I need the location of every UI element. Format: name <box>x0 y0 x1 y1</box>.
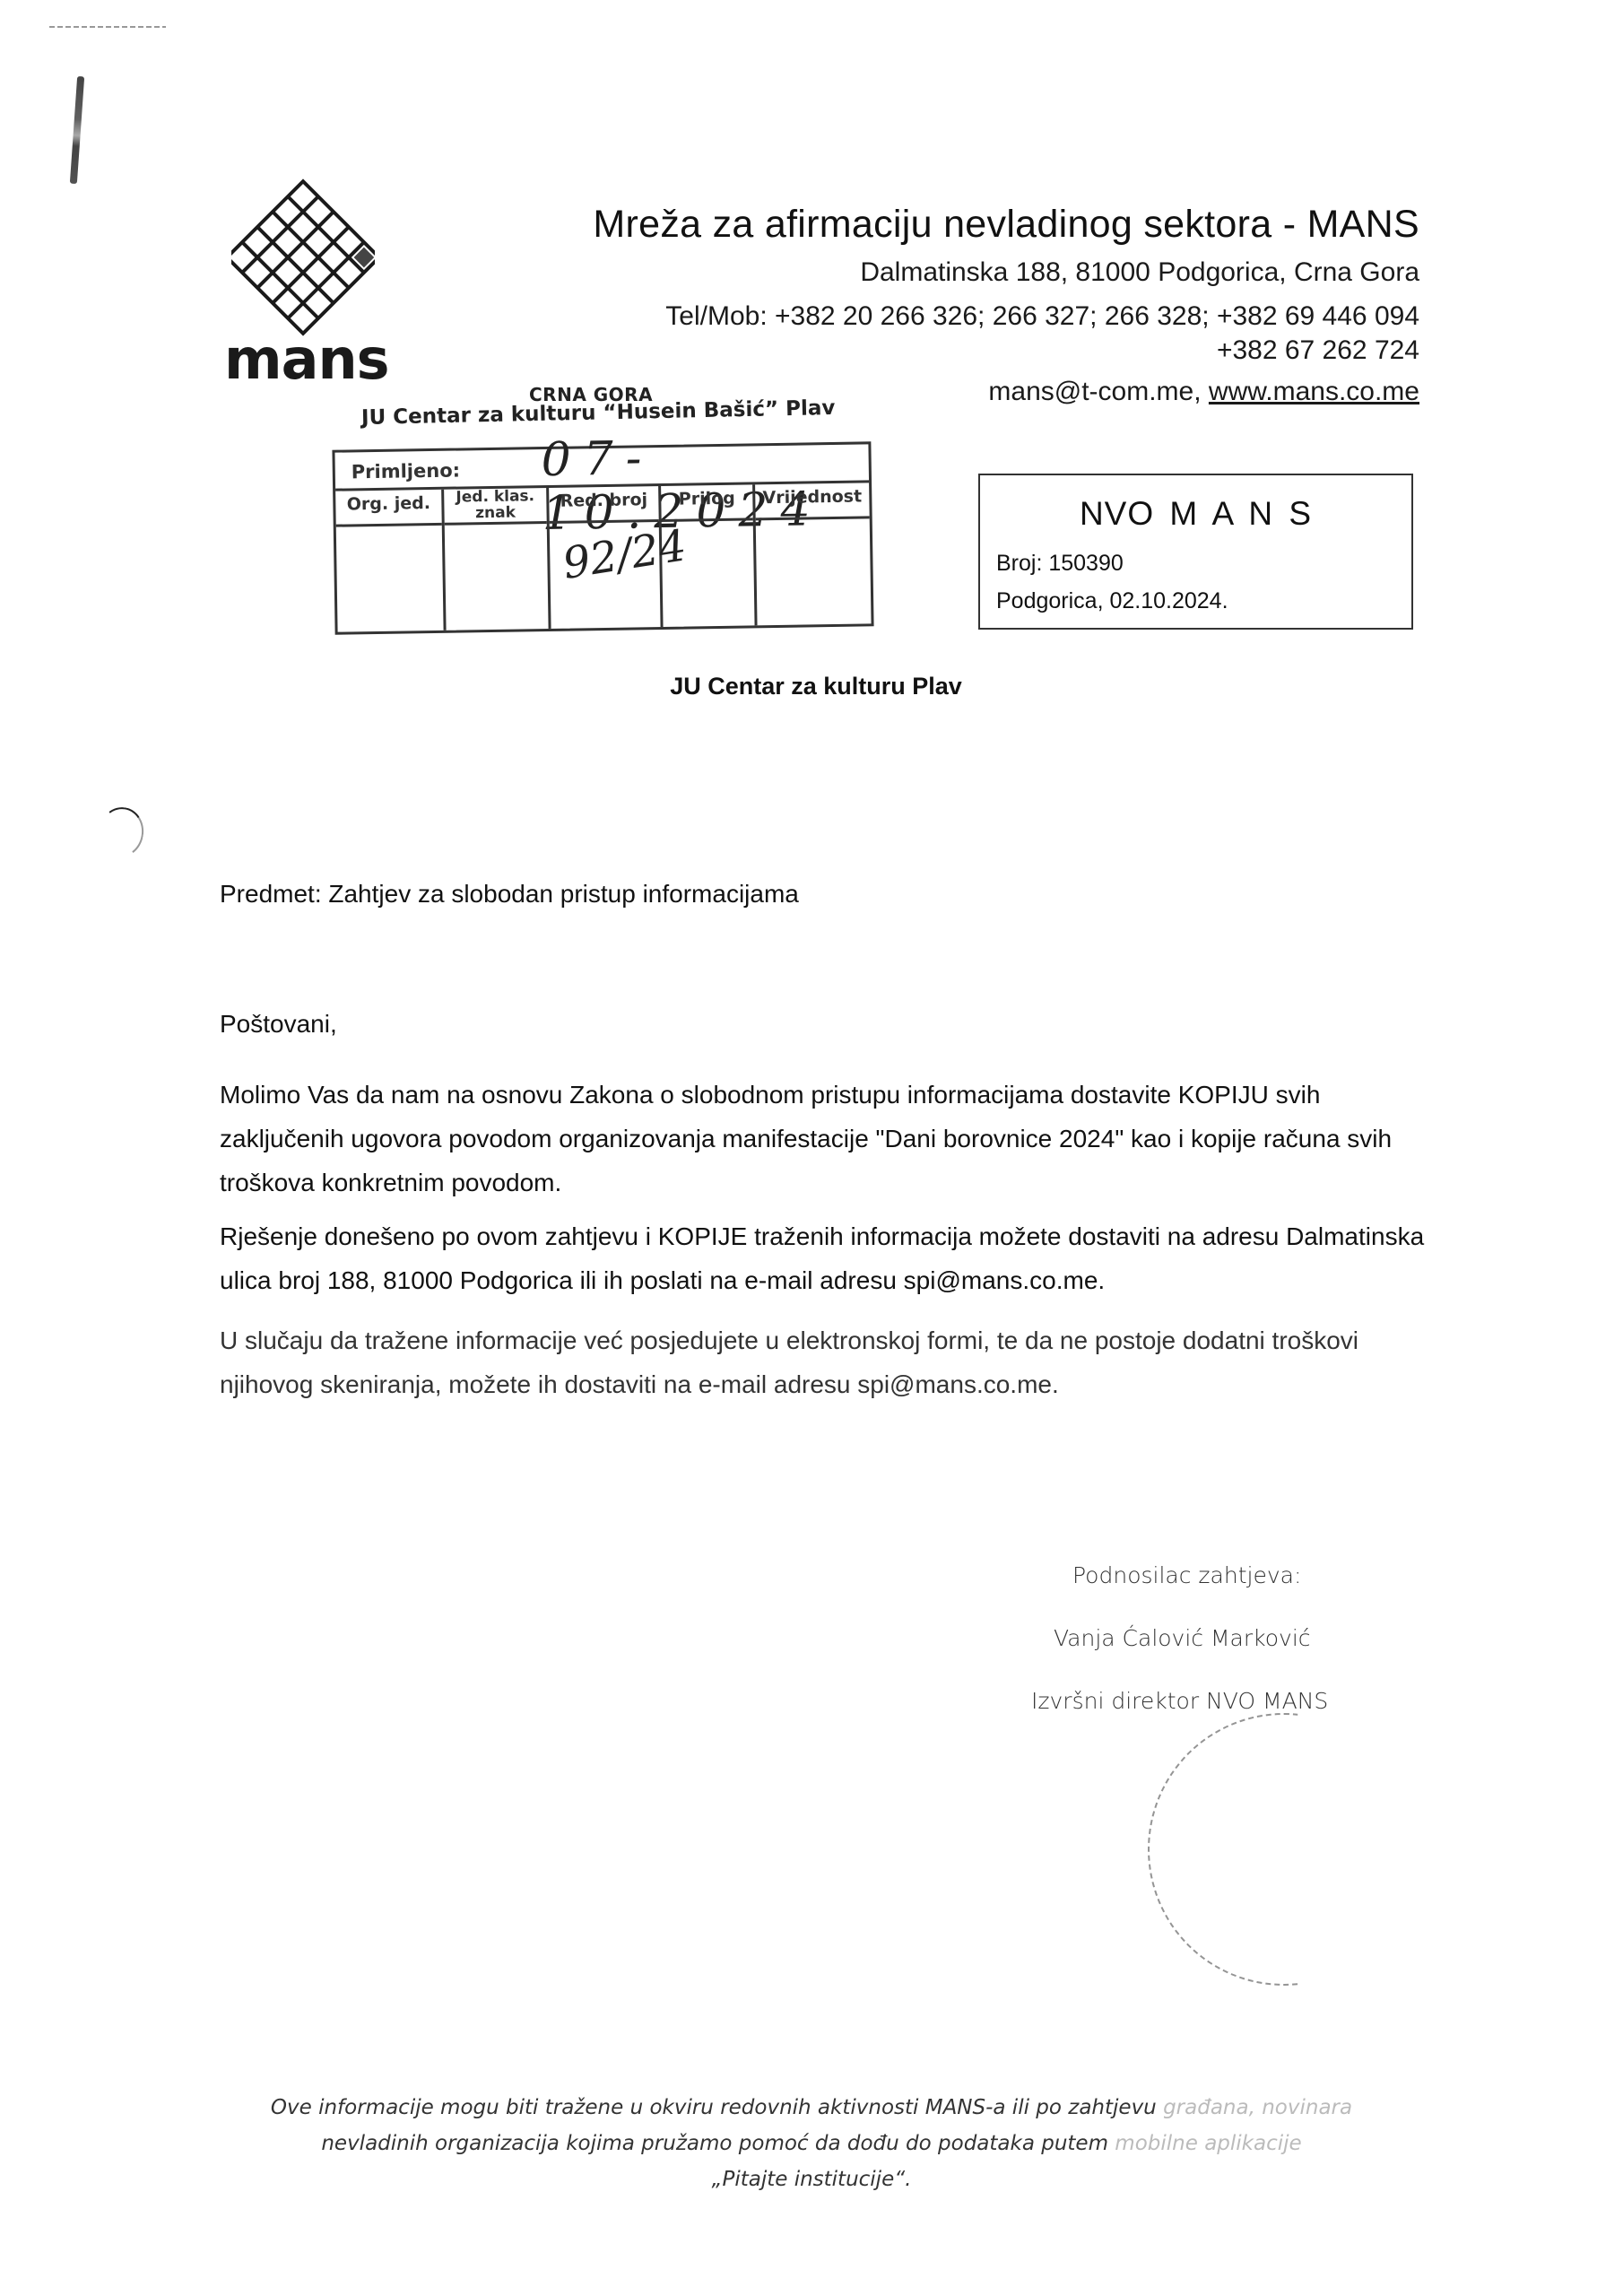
stamp-col-vrijednost: Vrijednost <box>755 483 871 625</box>
signature-name: Vanja Ćalović Marković <box>1054 1625 1311 1651</box>
mans-logo-icon <box>231 172 375 352</box>
recipient: JU Centar za kulturu Plav <box>0 673 1623 700</box>
received-stamp: Primljeno: 07-10.2024 Org. jed. Jed. kla… <box>332 441 873 634</box>
paragraph-electronic: U slučaju da tražene informacije već pos… <box>220 1318 1439 1406</box>
scan-artifact-mark <box>70 76 84 184</box>
stamp-col-red-broj: Red. broj 92/24 <box>549 486 663 629</box>
organization-address: Dalmatinska 188, 81000 Podgorica, Crna G… <box>860 257 1419 288</box>
organization-phones: Tel/Mob: +382 20 266 326; 266 327; 266 3… <box>665 301 1419 332</box>
organization-name: Mreža za afirmaciju nevladinog sektora -… <box>593 203 1419 247</box>
stamp-received-label: Primljeno: <box>352 459 461 483</box>
signature-title: Izvršni direktor NVO MANS <box>1031 1688 1328 1714</box>
scan-artifact-line <box>49 26 166 28</box>
logo-wordmark: mans <box>224 332 388 387</box>
reference-place-date: Podgorica, 02.10.2024. <box>996 588 1228 614</box>
greeting: Poštovani, <box>220 1002 1439 1046</box>
stamp-col-label: Org. jed. <box>335 490 442 527</box>
stamp-col-label: Vrijednost <box>755 483 870 520</box>
stamp-col-org-jed: Org. jed. <box>335 490 446 632</box>
footer-line-2-faded: mobilne aplikacije <box>1108 2132 1302 2155</box>
footer-note: Ove informacije mogu biti tražene u okvi… <box>179 2090 1444 2197</box>
punch-hole-mark <box>95 804 148 861</box>
stamp-cell <box>662 520 755 621</box>
stamp-col-label: Jed. klas. znak <box>444 488 547 526</box>
reference-number: Broj: 150390 <box>996 551 1124 577</box>
stamp-cell <box>756 518 872 619</box>
footer-line-3: „Pitajte institucije“. <box>179 2161 1444 2197</box>
footer-line-1: Ove informacije mogu biti tražene u okvi… <box>271 2096 1157 2119</box>
stamp-cell <box>336 526 444 626</box>
stamp-columns: Org. jed. Jed. klas. znak Red. broj 92/2… <box>335 483 871 631</box>
stamp-institution: JU Centar za kulturu “Husein Bašić” Plav <box>361 396 836 430</box>
signature-label: Podnosilac zahtjeva: <box>1072 1562 1301 1588</box>
subject-line: Predmet: Zahtjev za slobodan pristup inf… <box>220 872 1439 916</box>
footer-line-1-faded: građana, novinara <box>1157 2096 1352 2119</box>
stamp-col-label: Red. broj <box>549 486 659 524</box>
stamp-col-klas-znak: Jed. klas. znak <box>444 488 551 631</box>
paragraph-delivery: Rješenje donešeno po ovom zahtjevu i KOP… <box>220 1214 1439 1302</box>
official-seal-icon <box>1148 1713 1420 1986</box>
footer-line-2: nevladinih organizacija kojima pružamo p… <box>321 2132 1108 2155</box>
reference-title: NVO M A N S <box>980 495 1411 533</box>
paragraph-request: Molimo Vas da nam na osnovu Zakona o slo… <box>220 1073 1439 1205</box>
organization-email[interactable]: mans@t-com.me, <box>988 377 1201 406</box>
organization-contact: mans@t-com.me, www.mans.co.me <box>988 377 1419 407</box>
organization-website-link[interactable]: www.mans.co.me <box>1209 377 1419 406</box>
stamp-col-label: Prilog <box>661 484 753 522</box>
organization-mobile: +382 67 262 724 <box>1217 335 1419 366</box>
stamp-cell <box>445 524 549 624</box>
stamp-cell: 92/24 <box>550 522 661 622</box>
reference-box: NVO M A N S Broj: 150390 Podgorica, 02.1… <box>978 474 1413 630</box>
stamp-col-prilog: Prilog <box>661 484 757 627</box>
